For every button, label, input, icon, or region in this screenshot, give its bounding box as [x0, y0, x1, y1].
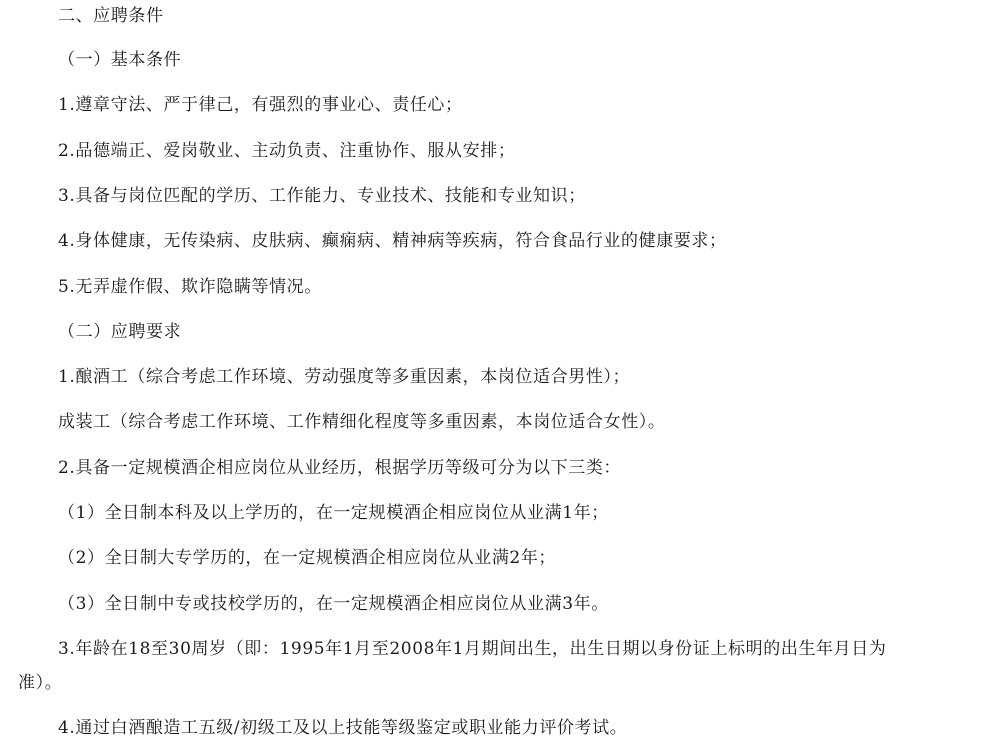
application-requirements-heading: （二）应聘要求 [58, 321, 181, 343]
requirement-item-3: 3.年龄在18至30周岁（即：1995年1月至2008年1月期间出生，出生日期以… [58, 638, 886, 660]
basic-condition-item: 1.遵章守法、严于律己，有强烈的事业心、责任心； [58, 94, 463, 116]
requirement-subitem: （1）全日制本科及以上学历的，在一定规模酒企相应岗位从业满1年； [58, 502, 609, 524]
requirement-item-2: 2.具备一定规模酒企相应岗位从业经历，根据学历等级可分为以下三类： [58, 457, 621, 479]
document-page: 二、应聘条件 （一）基本条件 1.遵章守法、严于律己，有强烈的事业心、责任心； … [0, 0, 983, 745]
basic-conditions-heading: （一）基本条件 [58, 49, 181, 71]
requirement-subitem: （2）全日制大专学历的，在一定规模酒企相应岗位从业满2年； [58, 547, 556, 569]
basic-condition-item: 2.品德端正、爱岗敬业、主动负责、注重协作、服从安排； [58, 140, 515, 162]
requirement-subitem: （3）全日制中专或技校学历的，在一定规模酒企相应岗位从业满3年。 [58, 593, 609, 615]
basic-condition-item: 4.身体健康，无传染病、皮肤病、癫痫病、精神病等疾病，符合食品行业的健康要求； [58, 230, 727, 252]
requirement-item-3-continued: 准）。 [18, 672, 62, 694]
requirement-item-1: 1.酿酒工（综合考虑工作环境、劳动强度等多重因素，本岗位适合男性）； [58, 366, 630, 388]
requirement-item-1-continued: 成装工（综合考虑工作环境、工作精细化程度等多重因素，本岗位适合女性）。 [58, 411, 666, 433]
requirement-item-4: 4.通过白酒酿造工五级/初级工及以上技能等级鉴定或职业能力评价考试。 [58, 717, 627, 739]
basic-condition-item: 5.无弄虚作假、欺诈隐瞒等情况。 [58, 276, 322, 298]
section-title: 二、应聘条件 [58, 5, 164, 27]
basic-condition-item: 3.具备与岗位匹配的学历、工作能力、专业技术、技能和专业知识； [58, 185, 586, 207]
